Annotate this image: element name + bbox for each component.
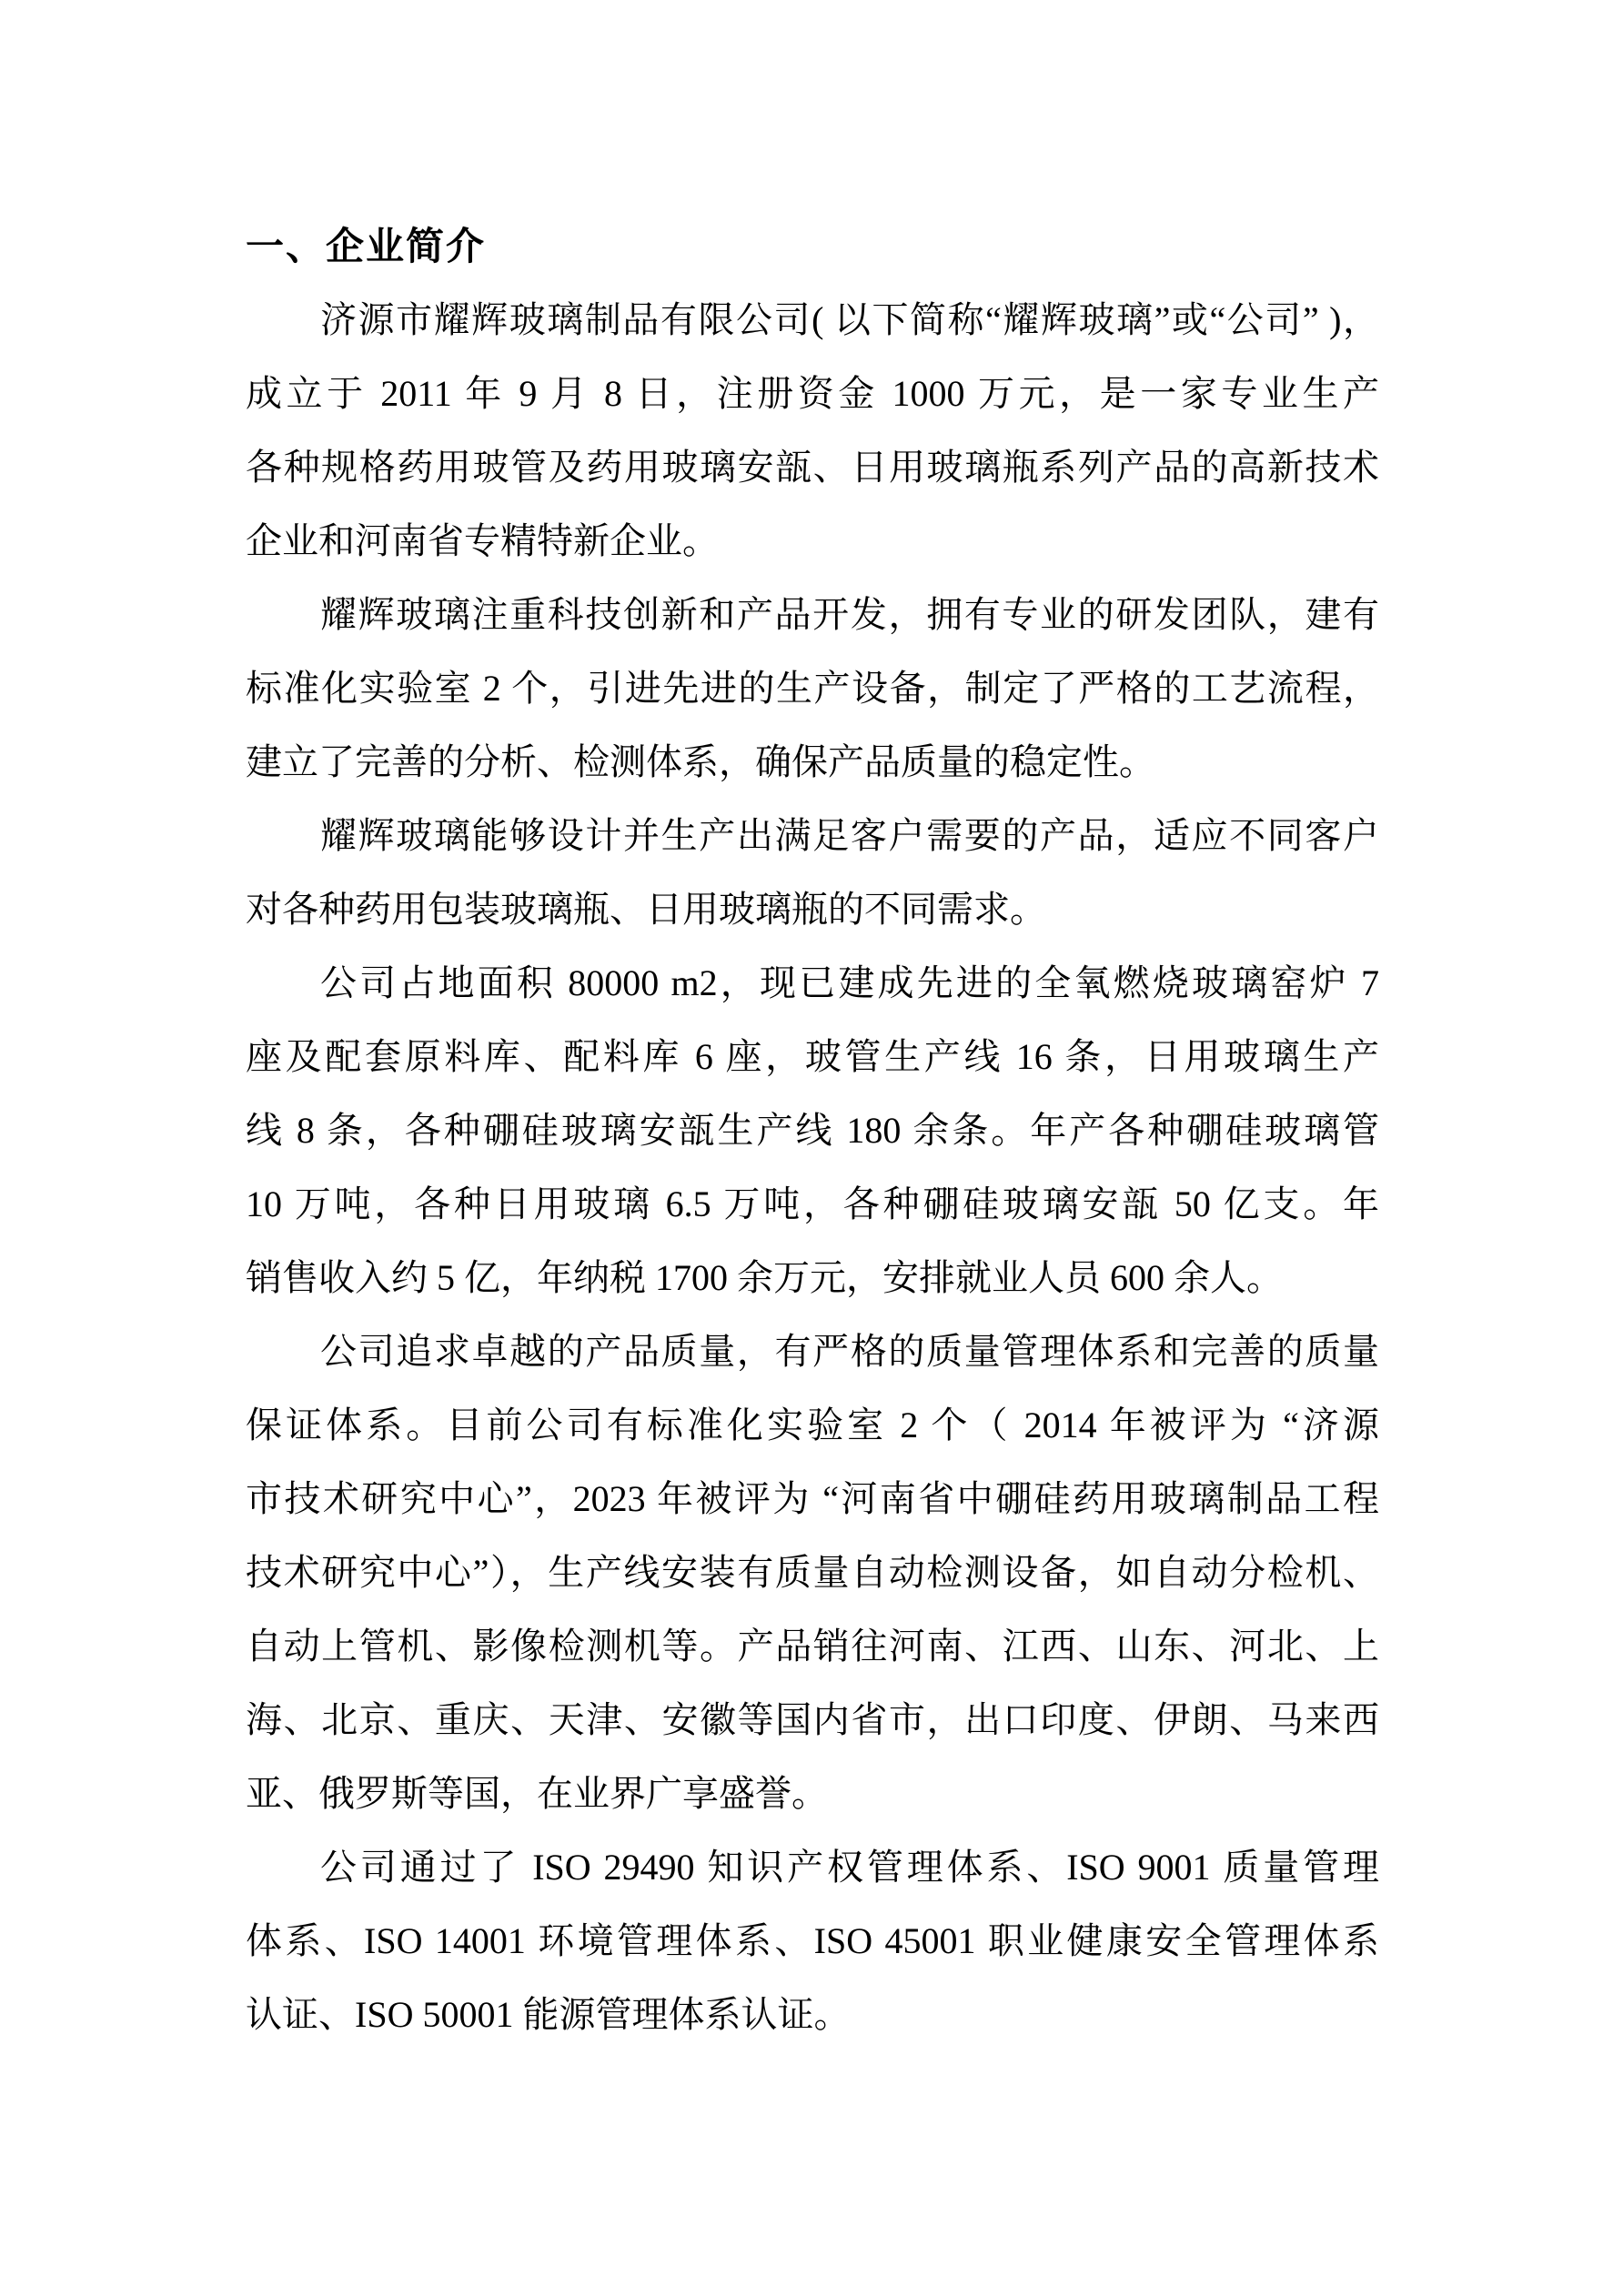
text-line: 公司追求卓越的产品质量，有严格的质量管理体系和完善的质量 bbox=[246, 1314, 1379, 1388]
section-heading: 一、企业简介 bbox=[246, 209, 1379, 283]
text-line: 成立于 2011 年 9 月 8 日，注册资金 1000 万元，是一家专业生产 bbox=[246, 357, 1379, 430]
text-line: 企业和河南省专精特新企业。 bbox=[246, 504, 1379, 578]
text-line: 认证、ISO 50001 能源管理体系认证。 bbox=[246, 1978, 1379, 2051]
paragraphs-container: 济源市耀辉玻璃制品有限公司( 以下简称“耀辉玻璃”或“公司” )，成立于 201… bbox=[246, 283, 1379, 2051]
text-block: 一、企业简介 济源市耀辉玻璃制品有限公司( 以下简称“耀辉玻璃”或“公司” )，… bbox=[246, 209, 1379, 2051]
paragraph: 耀辉玻璃能够设计并生产出满足客户需要的产品，适应不同客户对各种药用包装玻璃瓶、日… bbox=[246, 799, 1379, 946]
text-line: 公司占地面积 80000 m2，现已建成先进的全氧燃烧玻璃窑炉 7 bbox=[246, 946, 1379, 1020]
paragraph: 公司通过了 ISO 29490 知识产权管理体系、ISO 9001 质量管理体系… bbox=[246, 1830, 1379, 2051]
text-line: 座及配套原料库、配料库 6 座，玻管生产线 16 条，日用玻璃生产 bbox=[246, 1020, 1379, 1093]
text-line: 亚、俄罗斯等国，在业界广享盛誉。 bbox=[246, 1757, 1379, 1830]
paragraph: 公司占地面积 80000 m2，现已建成先进的全氧燃烧玻璃窑炉 7座及配套原料库… bbox=[246, 946, 1379, 1314]
paragraph: 耀辉玻璃注重科技创新和产品开发，拥有专业的研发团队，建有标准化实验室 2 个，引… bbox=[246, 578, 1379, 799]
text-line: 线 8 条，各种硼硅玻璃安瓿生产线 180 余条。年产各种硼硅玻璃管 bbox=[246, 1093, 1379, 1167]
text-line: 市技术研究中心”，2023 年被评为 “河南省中硼硅药用玻璃制品工程 bbox=[246, 1462, 1379, 1536]
text-line: 对各种药用包装玻璃瓶、日用玻璃瓶的不同需求。 bbox=[246, 872, 1379, 946]
text-line: 销售收入约 5 亿，年纳税 1700 余万元，安排就业人员 600 余人。 bbox=[246, 1241, 1379, 1314]
text-line: 各种规格药用玻管及药用玻璃安瓿、日用玻璃瓶系列产品的高新技术 bbox=[246, 430, 1379, 504]
text-line: 10 万吨，各种日用玻璃 6.5 万吨，各种硼硅玻璃安瓿 50 亿支。年 bbox=[246, 1167, 1379, 1241]
text-line: 体系、ISO 14001 环境管理体系、ISO 45001 职业健康安全管理体系 bbox=[246, 1904, 1379, 1978]
text-line: 建立了完善的分析、检测体系，确保产品质量的稳定性。 bbox=[246, 725, 1379, 799]
text-line: 耀辉玻璃注重科技创新和产品开发，拥有专业的研发团队，建有 bbox=[246, 578, 1379, 651]
paragraph: 公司追求卓越的产品质量，有严格的质量管理体系和完善的质量保证体系。目前公司有标准… bbox=[246, 1314, 1379, 1830]
text-line: 公司通过了 ISO 29490 知识产权管理体系、ISO 9001 质量管理 bbox=[246, 1830, 1379, 1904]
document-page: 一、企业简介 济源市耀辉玻璃制品有限公司( 以下简称“耀辉玻璃”或“公司” )，… bbox=[0, 0, 1623, 2296]
text-line: 海、北京、重庆、天津、安徽等国内省市，出口印度、伊朗、马来西 bbox=[246, 1683, 1379, 1757]
text-line: 自动上管机、影像检测机等。产品销往河南、江西、山东、河北、上 bbox=[246, 1609, 1379, 1683]
text-line: 技术研究中心”），生产线安装有质量自动检测设备，如自动分检机、 bbox=[246, 1536, 1379, 1609]
paragraph: 济源市耀辉玻璃制品有限公司( 以下简称“耀辉玻璃”或“公司” )，成立于 201… bbox=[246, 283, 1379, 578]
text-line: 保证体系。目前公司有标准化实验室 2 个（ 2014 年被评为 “济源 bbox=[246, 1388, 1379, 1462]
text-line: 济源市耀辉玻璃制品有限公司( 以下简称“耀辉玻璃”或“公司” )， bbox=[246, 283, 1379, 357]
text-line: 标准化实验室 2 个，引进先进的生产设备，制定了严格的工艺流程， bbox=[246, 651, 1379, 725]
text-line: 耀辉玻璃能够设计并生产出满足客户需要的产品，适应不同客户 bbox=[246, 799, 1379, 872]
